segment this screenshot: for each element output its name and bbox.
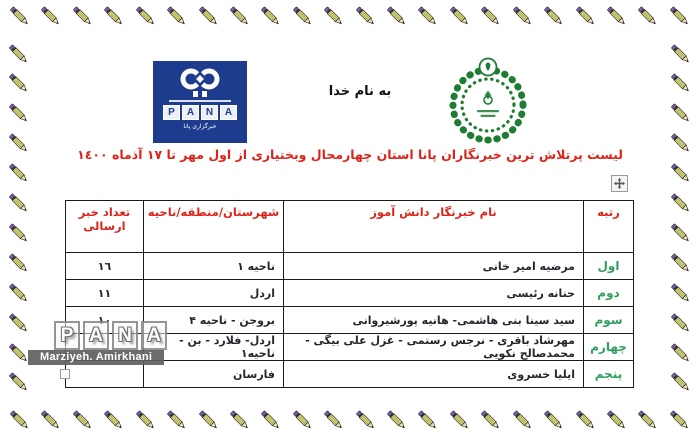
pencil-icon: [574, 4, 598, 28]
pencil-icon: [416, 408, 440, 432]
watermark-letter: A: [83, 321, 109, 350]
pencil-icon: [7, 371, 31, 395]
pencil-border-right: [669, 42, 693, 395]
logo-text-strip: [169, 100, 231, 102]
pana-wordmark: P A N A: [163, 105, 237, 120]
pencil-icon: [7, 72, 31, 96]
pencil-icon: [259, 4, 283, 28]
pencil-icon: [669, 192, 693, 216]
district-cell: اردل: [144, 280, 284, 307]
name-cell: ایلیا خسروی: [284, 361, 584, 388]
pencil-icon: [448, 4, 472, 28]
name-cell: مرضیه امیر خانی: [284, 253, 584, 280]
name-cell: مهرشاد باقری - نرجس رستمی - غزل علی بیگی…: [284, 334, 584, 361]
watermark-letter: N: [112, 321, 138, 350]
pencil-icon: [7, 251, 31, 275]
pencil-icon: [669, 72, 693, 96]
pencil-icon: [385, 4, 409, 28]
pana-letter: A: [182, 105, 199, 120]
pencil-icon: [479, 4, 503, 28]
count-cell: ١١: [66, 280, 144, 307]
table-row: اول مرضیه امیر خانی ناحیه ۱ ١٦: [66, 253, 634, 280]
pencil-icon: [668, 408, 692, 432]
pencil-border-left: [7, 42, 31, 395]
pencil-icon: [7, 42, 31, 66]
pencil-icon: [636, 4, 660, 28]
pencil-icon: [8, 4, 32, 28]
rank-cell: چهارم: [584, 334, 634, 361]
pencil-icon: [605, 408, 629, 432]
pencil-icon: [669, 42, 693, 66]
header-rank: رتبه: [584, 201, 634, 253]
pana-logo-subtext: خبرگزاری پانا: [183, 123, 216, 130]
education-ministry-emblem: [438, 56, 538, 150]
pencil-icon: [669, 102, 693, 126]
watermark-square: [60, 369, 70, 379]
pana-tulip-icon: [174, 66, 226, 98]
pencil-icon: [668, 4, 692, 28]
pencil-icon: [71, 4, 95, 28]
rank-cell: پنجم: [584, 361, 634, 388]
table-row: دوم حنانه رئیسی اردل ١١: [66, 280, 634, 307]
pencil-icon: [636, 408, 660, 432]
pencil-icon: [7, 102, 31, 126]
rank-cell: اول: [584, 253, 634, 280]
pencil-icon: [322, 4, 346, 28]
pencil-icon: [354, 4, 378, 28]
pencil-icon: [574, 408, 598, 432]
pencil-icon: [134, 4, 158, 28]
pencil-icon: [291, 4, 315, 28]
pencil-icon: [669, 221, 693, 245]
pencil-icon: [322, 408, 346, 432]
pencil-icon: [134, 408, 158, 432]
header-name: نام خبرنگار دانش آموز: [284, 201, 584, 253]
move-handle-icon: [614, 178, 625, 189]
pencil-icon: [542, 408, 566, 432]
pana-letter: N: [201, 105, 218, 120]
pencil-border-top: [8, 4, 692, 28]
bismillah-text: به نام خدا: [290, 84, 430, 99]
rank-cell: دوم: [584, 280, 634, 307]
pencil-icon: [102, 4, 126, 28]
pencil-icon: [479, 408, 503, 432]
pencil-icon: [7, 132, 31, 156]
pencil-icon: [197, 408, 221, 432]
pencil-icon: [197, 4, 221, 28]
count-cell: ١٦: [66, 253, 144, 280]
pencil-icon: [511, 4, 535, 28]
pencil-icon: [39, 4, 63, 28]
header-count: تعداد خبر ارسالی: [66, 201, 144, 253]
pencil-icon: [669, 281, 693, 305]
pencil-icon: [385, 408, 409, 432]
pencil-icon: [448, 408, 472, 432]
pencil-icon: [669, 311, 693, 335]
rank-cell: سوم: [584, 307, 634, 334]
header-district: شهرستان/منطقه/ناحیه: [144, 201, 284, 253]
table-header-row: رتبه نام خبرنگار دانش آموز شهرستان/منطقه…: [66, 201, 634, 253]
pana-watermark: P A N A: [54, 321, 170, 350]
pencil-icon: [669, 132, 693, 156]
pencil-icon: [354, 408, 378, 432]
pencil-icon: [7, 192, 31, 216]
pencil-icon: [669, 162, 693, 186]
pencil-icon: [7, 281, 31, 305]
pencil-icon: [669, 371, 693, 395]
pencil-icon: [7, 162, 31, 186]
photographer-credit: Marziyeh. Amirkhani: [28, 350, 164, 365]
watermark-letter: P: [54, 321, 80, 350]
pana-letter: P: [163, 105, 180, 120]
pencil-icon: [416, 4, 440, 28]
pencil-icon: [291, 408, 315, 432]
pencil-icon: [228, 4, 252, 28]
pencil-icon: [605, 4, 629, 28]
pencil-icon: [165, 408, 189, 432]
document-page: P A N A خبرگزاری پانا به نام خدا لیست پر…: [0, 0, 700, 437]
pencil-icon: [165, 4, 189, 28]
pencil-icon: [8, 408, 32, 432]
pencil-icon: [228, 408, 252, 432]
pencil-icon: [102, 408, 126, 432]
pencil-icon: [71, 408, 95, 432]
pana-news-agency-logo: P A N A خبرگزاری پانا: [153, 61, 247, 143]
name-cell: حنانه رئیسی: [284, 280, 584, 307]
pana-letter: A: [220, 105, 237, 120]
pencil-icon: [542, 4, 566, 28]
document-title: لیست پرتلاش ترین خبرنگاران پانا استان چه…: [40, 147, 660, 162]
watermark-letter: A: [141, 321, 167, 350]
pencil-icon: [511, 408, 535, 432]
pencil-icon: [7, 311, 31, 335]
name-cell: سید سینا بنی هاشمی- هانیه پورشیروانی: [284, 307, 584, 334]
pencil-icon: [7, 221, 31, 245]
district-cell: ناحیه ۱: [144, 253, 284, 280]
district-cell: فارسان: [144, 361, 284, 388]
pencil-icon: [259, 408, 283, 432]
pencil-border-bottom: [8, 408, 692, 432]
pencil-icon: [39, 408, 63, 432]
pencil-icon: [669, 251, 693, 275]
pencil-icon: [669, 341, 693, 365]
table-move-handle[interactable]: [611, 175, 628, 192]
